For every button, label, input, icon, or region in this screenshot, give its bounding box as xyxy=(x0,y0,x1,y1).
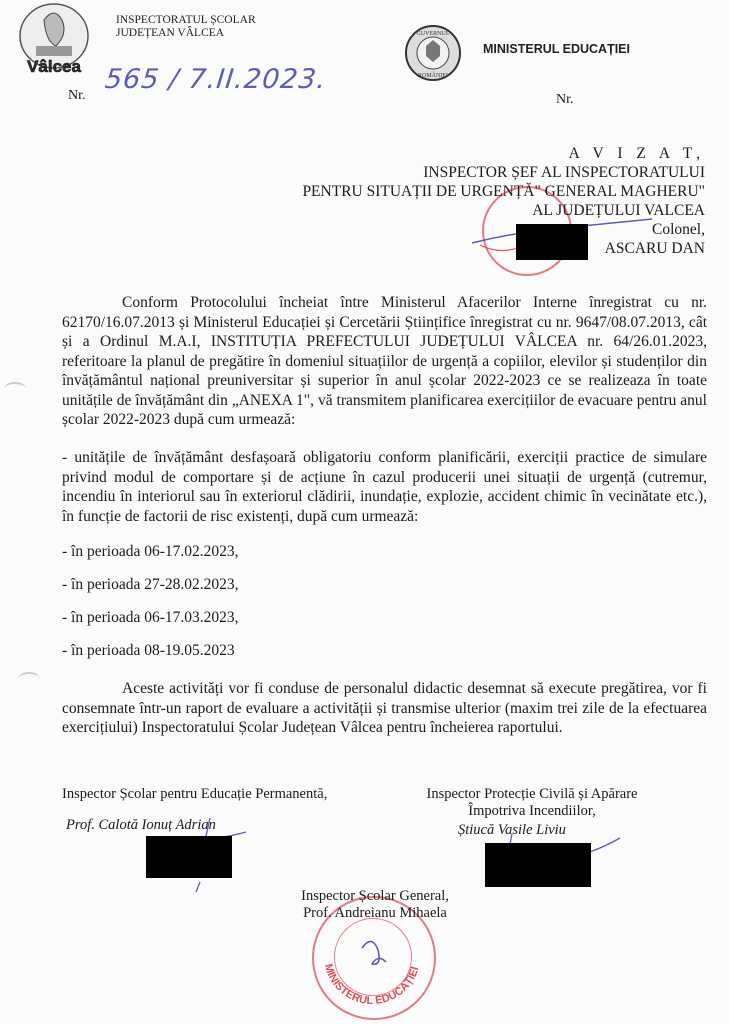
right-signatory-role: Inspector Protecție Civilă și Apărare Îm… xyxy=(412,786,652,820)
right-signatory-role-line2: Împotriva Incendiilor, xyxy=(412,803,652,820)
approval-block: A V I Z A T, INSPECTOR ȘEF AL INSPECTORA… xyxy=(302,144,705,258)
isj-name-line1: INSPECTORATUL ȘCOLAR xyxy=(116,14,256,27)
punch-hole-mark xyxy=(4,382,26,396)
redaction-box xyxy=(516,224,588,260)
registration-number-label-left: Nr. xyxy=(68,88,86,104)
approval-title: A V I Z A T, xyxy=(302,144,705,163)
svg-text:MINISTERUL EDUCAȚIEI: MINISTERUL EDUCAȚIEI xyxy=(322,962,422,1007)
approval-line-1: INSPECTOR ȘEF AL INSPECTORATULUI xyxy=(302,163,705,182)
svg-text:ROMÂNIEI: ROMÂNIEI xyxy=(418,71,448,79)
period-item: - în perioada 06-17.03.2023, xyxy=(62,609,239,627)
approval-line-2: PENTRU SITUAȚII DE URGENȚĂ" GENERAL MAGH… xyxy=(302,182,705,201)
center-signatory: Inspector Școlar General, Prof. Andreian… xyxy=(290,888,460,922)
right-signatory-role-line1: Inspector Protecție Civilă și Apărare xyxy=(412,786,652,803)
closing-paragraph: Aceste activități vor fi conduse de pers… xyxy=(62,679,707,738)
left-signatory-role: Inspector Școlar pentru Educație Permane… xyxy=(62,786,327,803)
approval-line-3: AL JUDEȚULUI VALCEA xyxy=(302,201,705,220)
svg-text:GUVERNUL: GUVERNUL xyxy=(417,31,450,37)
handwritten-registration-number: 565 / 7.II.2023. xyxy=(103,64,328,95)
svg-text:Vâlcea: Vâlcea xyxy=(27,57,81,76)
center-signatory-role: Inspector Școlar General, xyxy=(290,888,460,905)
isj-name-line2: JUDEȚEAN VÂLCEA xyxy=(116,27,256,40)
redaction-box xyxy=(485,843,591,887)
isj-institution-name: INSPECTORATUL ȘCOLAR JUDEȚEAN VÂLCEA xyxy=(116,14,256,40)
obligation-paragraph: - unitățile de învățământ desfașoară obl… xyxy=(62,448,707,526)
center-signatory-name: Prof. Andreianu Mihaela xyxy=(290,905,460,922)
period-item: - în perioada 27-28.02.2023, xyxy=(62,576,239,594)
ministry-name: MINISTERUL EDUCAȚIEI xyxy=(483,42,630,56)
government-seal-icon: GUVERNUL ROMÂNIEI xyxy=(404,24,462,82)
intro-paragraph: Conform Protocolului încheiat între Mini… xyxy=(62,293,707,430)
registration-number-label-right: Nr. xyxy=(556,92,574,108)
period-item: - în perioada 06-17.02.2023, xyxy=(62,543,239,561)
punch-hole-mark xyxy=(18,672,40,686)
redaction-box xyxy=(146,836,232,878)
isj-valcea-logo-icon: Vâlcea xyxy=(4,2,110,76)
approval-line-5: ASCARU DAN xyxy=(302,239,705,258)
period-item: - în perioada 08-19.05.2023 xyxy=(62,642,235,660)
approval-line-4: Colonel, xyxy=(302,220,705,239)
